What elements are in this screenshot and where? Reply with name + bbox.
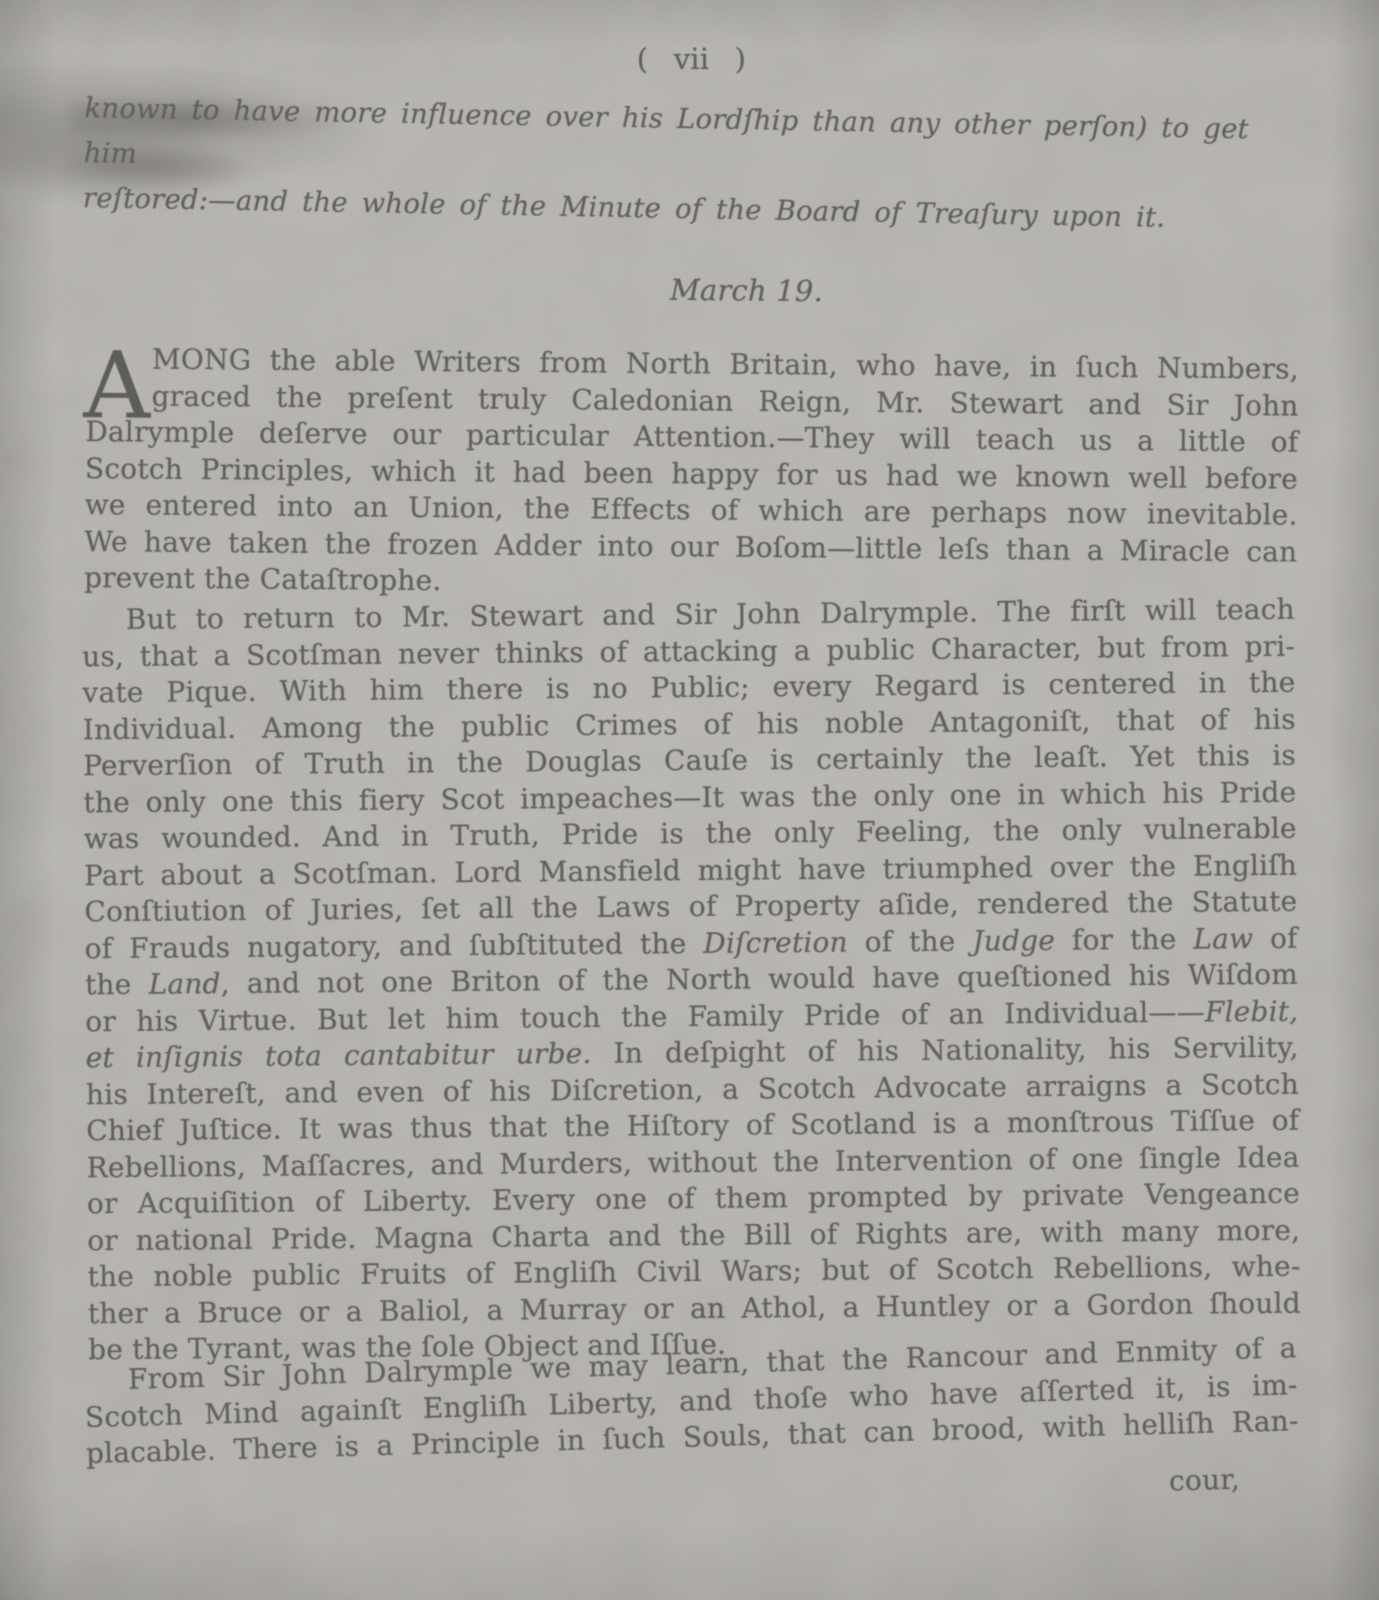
- drop-cap: A: [83, 349, 150, 423]
- page-number: ( vii ): [85, 42, 1298, 76]
- date-heading: March 19.: [140, 268, 1353, 313]
- paragraph-2: But to return to Mr. Stewart and Sir Joh…: [82, 591, 1302, 1368]
- page-content: ( vii ) known to have more influence ove…: [0, 0, 1379, 1600]
- catchword: cour,: [85, 1461, 1298, 1526]
- header-continuation-text: known to have more influence over his Lo…: [83, 86, 1298, 243]
- paragraph-1: AMONG the able Writers from North Britai…: [84, 341, 1299, 607]
- book-page-scan: ( vii ) known to have more influence ove…: [0, 0, 1379, 1600]
